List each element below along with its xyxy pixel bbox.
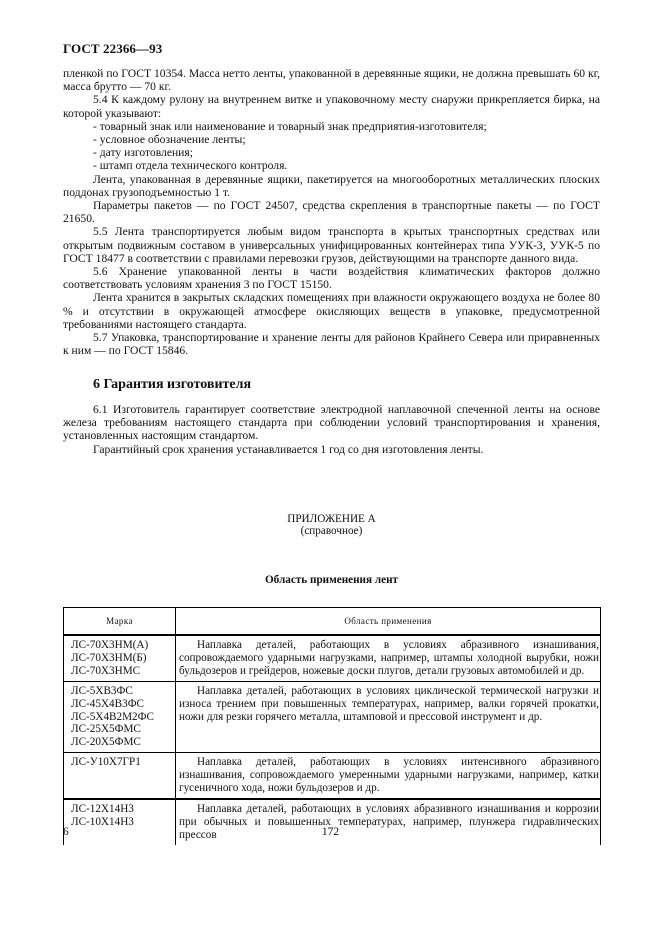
- brand-name: ЛС-5ХВ3ФС: [71, 685, 175, 698]
- application-text: Наплавка деталей, работающих в условиях …: [179, 639, 599, 678]
- brand-name: ЛС-20Х5ФМС: [71, 736, 175, 749]
- paragraph: Гарантийный срок хранения устанавливаетс…: [63, 443, 600, 456]
- document-id: ГОСТ 22366—93: [63, 41, 162, 57]
- paragraph: пленкой по ГОСТ 10354. Масса нетто ленты…: [63, 67, 600, 93]
- paragraph-5-7: 5.7 Упаковка, транспортирование и хранен…: [63, 331, 600, 357]
- brand-name: ЛС-25Х5ФМС: [71, 723, 175, 736]
- table-title: Область применения лент: [63, 574, 600, 586]
- column-header-application: Область применения: [176, 608, 601, 636]
- application-cell: Наплавка деталей, работающих в условиях …: [176, 753, 601, 799]
- paragraph: Лента, упакованная в деревянные ящики, п…: [63, 173, 600, 199]
- paragraph-6-1: 6.1 Изготовитель гарантирует соответстви…: [63, 403, 600, 443]
- application-text: Наплавка деталей, работающих в условиях …: [179, 685, 599, 724]
- brand-cell: ЛС-70Х3НМ(А)ЛС-70Х3НМ(Б)ЛС-70Х3НМС: [64, 635, 176, 681]
- application-cell: Наплавка деталей, работающих в условиях …: [176, 681, 601, 753]
- brand-name: ЛС-70Х3НМ(Б): [71, 652, 175, 665]
- brand-name: ЛС-70Х3НМ(А): [71, 639, 175, 652]
- brand-name: ЛС-12Х14Н3: [71, 803, 175, 816]
- application-table: Марка Область применения ЛС-70Х3НМ(А)ЛС-…: [63, 607, 601, 845]
- brand-cell: ЛС-У10Х7ГР1: [64, 753, 176, 799]
- list-item: - условное обозначение ленты;: [63, 133, 600, 146]
- table-row: ЛС-5ХВ3ФСЛС-45Х4В3ФСЛС-5Х4В2М2ФСЛС-25Х5Ф…: [64, 681, 601, 753]
- appendix-subtitle: (справочное): [63, 525, 600, 537]
- brand-name: ЛС-70Х3НМС: [71, 665, 175, 678]
- paragraph-5-5: 5.5 Лента транспортируется любым видом т…: [63, 225, 600, 265]
- paragraph-5-6: 5.6 Хранение упакованной ленты в части в…: [63, 265, 600, 291]
- section6-body: 6.1 Изготовитель гарантирует соответстви…: [63, 403, 600, 456]
- list-item: - дату изготовления;: [63, 146, 600, 159]
- application-cell: Наплавка деталей, работающих в условиях …: [176, 635, 601, 681]
- column-header-brand: Марка: [64, 608, 176, 636]
- paragraph: Лента хранится в закрытых складских поме…: [63, 291, 600, 331]
- table-row: ЛС-70Х3НМ(А)ЛС-70Х3НМ(Б)ЛС-70Х3НМСНаплав…: [64, 635, 601, 681]
- appendix-label: ПРИЛОЖЕНИЕ А: [63, 513, 600, 525]
- list-item: - штамп отдела технического контроля.: [63, 159, 600, 172]
- page-number-center: 172: [0, 826, 661, 838]
- table-row: ЛС-У10Х7ГР1Наплавка деталей, работающих …: [64, 753, 601, 799]
- list-item: - товарный знак или наименование и товар…: [63, 120, 600, 133]
- brand-name: ЛС-У10Х7ГР1: [71, 756, 175, 769]
- section-6-title: 6 Гарантия изготовителя: [93, 377, 251, 393]
- application-text: Наплавка деталей, работающих в условиях …: [179, 756, 599, 795]
- brand-cell: ЛС-5ХВ3ФСЛС-45Х4В3ФСЛС-5Х4В2М2ФСЛС-25Х5Ф…: [64, 681, 176, 753]
- paragraph: Параметры пакетов — по ГОСТ 24507, средс…: [63, 199, 600, 225]
- brand-name: ЛС-45Х4В3ФС: [71, 698, 175, 711]
- section5-continued: пленкой по ГОСТ 10354. Масса нетто ленты…: [63, 67, 600, 357]
- paragraph-5-4: 5.4 К каждому рулону на внутреннем витке…: [63, 93, 600, 119]
- brand-name: ЛС-5Х4В2М2ФС: [71, 711, 175, 724]
